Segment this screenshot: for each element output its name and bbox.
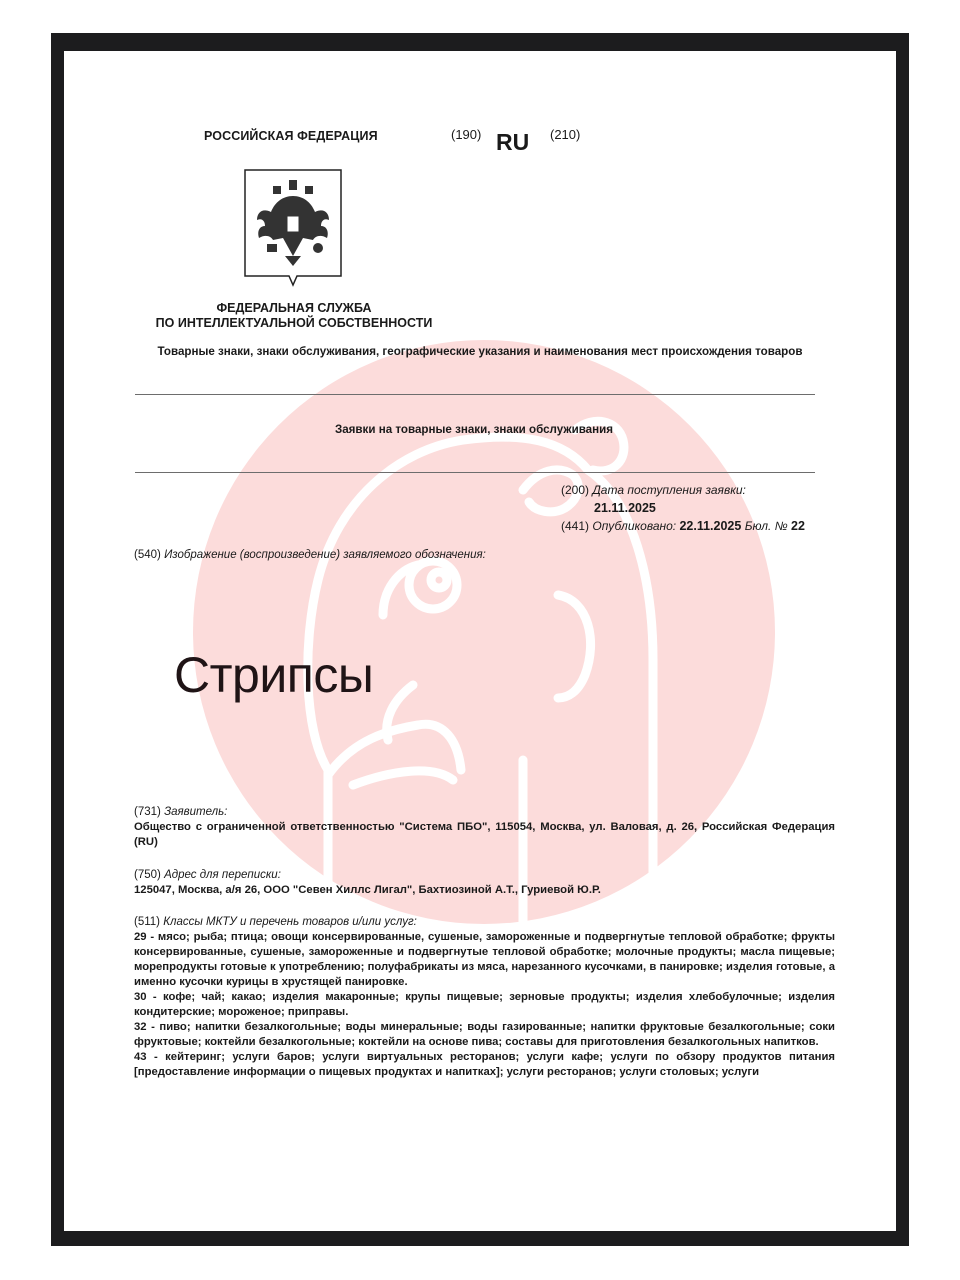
document-page: РОССИЙСКАЯ ФЕДЕРАЦИЯ (190) RU (210) ФЕДЕ… (64, 51, 896, 1231)
correspondence-block: (750) Адрес для переписки: 125047, Москв… (134, 868, 835, 898)
filing-publication-block: (200) Дата поступления заявки: 21.11.202… (561, 481, 805, 535)
applicant-caption: Заявитель: (164, 806, 227, 818)
class-30-entry: 30 - кофе; чай; какао; изделия макаронны… (134, 990, 835, 1020)
applicant-block: (731) Заявитель: Общество с ограниченной… (134, 805, 835, 850)
country-heading: РОССИЙСКАЯ ФЕДЕРАЦИЯ (204, 129, 378, 143)
bulletin-number: 22 (791, 519, 805, 533)
inid-code-190: (190) (451, 127, 481, 142)
document-subject: Товарные знаки, знаки обслуживания, геог… (64, 345, 896, 358)
goods-services-block: (511) Классы МКТУ и перечень товаров и/и… (134, 915, 835, 1080)
correspondence-caption: Адрес для переписки: (164, 869, 281, 881)
image-field-label: (540) Изображение (воспроизведение) заяв… (134, 549, 486, 561)
divider-bottom (135, 472, 815, 473)
correspondence-value: 125047, Москва, а/я 26, ООО "Севен Хиллс… (134, 883, 835, 898)
trademark-word-mark: Стрипсы (174, 646, 373, 704)
divider-top (135, 394, 815, 395)
publication-line: (441) Опубликовано: 22.11.2025 Бюл. № 22 (561, 517, 805, 535)
classes-caption: Классы МКТУ и перечень товаров и/или усл… (163, 916, 417, 928)
agency-name-line2: ПО ИНТЕЛЛЕКТУАЛЬНОЙ СОБСТВЕННОСТИ (124, 316, 464, 331)
class-29-entry: 29 - мясо; рыба; птица; овощи консервиро… (134, 930, 835, 990)
inid-code-540: (540) (134, 549, 161, 561)
inid-code-200: (200) (561, 483, 589, 497)
section-title: Заявки на товарные знаки, знаки обслужив… (64, 423, 884, 436)
filing-date-value: 21.11.2025 (594, 501, 656, 515)
applicant-value: Общество с ограниченной ответственностью… (134, 820, 835, 850)
coat-of-arms-icon (243, 168, 343, 288)
agency-name-line1: ФЕДЕРАЛЬНАЯ СЛУЖБА (124, 301, 464, 316)
inid-code-511: (511) (134, 916, 160, 928)
country-code: RU (496, 129, 529, 156)
publication-caption: Опубликовано: (592, 519, 676, 533)
inid-code-441: (441) (561, 519, 589, 533)
image-field-caption: Изображение (воспроизведение) заявляемог… (164, 549, 486, 561)
publication-date-value: 22.11.2025 (679, 519, 741, 533)
inid-code-731: (731) (134, 806, 161, 818)
bulletin-caption: Бюл. № (745, 519, 788, 533)
inid-code-210: (210) (550, 127, 580, 142)
filing-date-label: (200) Дата поступления заявки: (561, 481, 805, 499)
agency-name: ФЕДЕРАЛЬНАЯ СЛУЖБА ПО ИНТЕЛЛЕКТУАЛЬНОЙ С… (124, 301, 464, 331)
class-43-entry: 43 - кейтеринг; услуги баров; услуги вир… (134, 1050, 835, 1080)
filing-date-caption: Дата поступления заявки: (592, 483, 746, 497)
class-32-entry: 32 - пиво; напитки безалкогольные; воды … (134, 1020, 835, 1050)
inid-code-750: (750) (134, 869, 161, 881)
